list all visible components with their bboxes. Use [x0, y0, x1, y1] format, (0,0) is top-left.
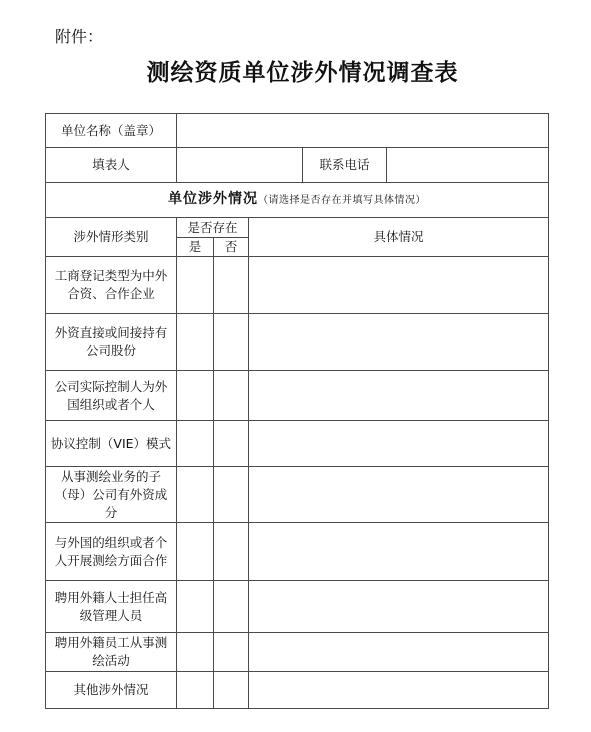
yes-cell[interactable]: [177, 421, 214, 467]
section-header-row: 单位涉外情况（请选择是否存在并填写具体情况）: [46, 183, 549, 218]
table-row: 外资直接或间接持有公司股份: [46, 314, 549, 371]
no-cell[interactable]: [214, 467, 249, 523]
category-line: 从事测绘业务的子: [61, 469, 161, 484]
yes-cell[interactable]: [177, 581, 214, 633]
attachment-label: 附件：: [55, 24, 103, 47]
filler-label: 填表人: [46, 148, 177, 183]
category-line: 其他涉外情况: [73, 682, 148, 697]
category-cell: 外资直接或间接持有公司股份: [46, 314, 177, 371]
table-row: 聘用外籍人士担任高级管理人员: [46, 581, 549, 633]
category-line: 人开展测绘方面合作: [55, 553, 168, 568]
no-cell[interactable]: [214, 371, 249, 421]
category-cell: 协议控制（VIE）模式: [46, 421, 177, 467]
unit-name-label: 单位名称（盖章）: [46, 114, 177, 148]
section-header: 单位涉外情况（请选择是否存在并填写具体情况）: [46, 183, 549, 218]
unit-name-row: 单位名称（盖章）: [46, 114, 549, 148]
no-cell[interactable]: [214, 581, 249, 633]
details-cell[interactable]: [249, 467, 549, 523]
category-line: 工商登记类型为中外: [55, 268, 168, 283]
phone-field[interactable]: [387, 148, 549, 183]
column-header-no: 否: [214, 238, 249, 257]
yes-cell[interactable]: [177, 672, 214, 709]
category-line: 聘用外籍员工从事测: [55, 635, 168, 650]
document-title: 测绘资质单位涉外情况调查表: [0, 54, 591, 87]
filler-field[interactable]: [177, 148, 303, 183]
table-row: 协议控制（VIE）模式: [46, 421, 549, 467]
yes-cell[interactable]: [177, 371, 214, 421]
yes-cell[interactable]: [177, 467, 214, 523]
table-row: 其他涉外情况: [46, 672, 549, 709]
category-cell: 聘用外籍人士担任高级管理人员: [46, 581, 177, 633]
category-cell: 工商登记类型为中外合资、合作企业: [46, 257, 177, 314]
column-header-yes: 是: [177, 238, 214, 257]
column-header-details: 具体情况: [249, 218, 549, 257]
category-line: 与外国的组织或者个: [55, 535, 168, 550]
details-cell[interactable]: [249, 523, 549, 581]
category-cell: 聘用外籍员工从事测绘活动: [46, 633, 177, 672]
yes-cell[interactable]: [177, 314, 214, 371]
category-line: 绘活动: [92, 653, 130, 668]
survey-table: 单位名称（盖章） 填表人 联系电话 单位涉外情况（请选择是否存在并填写具体情况）…: [45, 113, 549, 709]
unit-name-field[interactable]: [177, 114, 549, 148]
category-cell: 从事测绘业务的子（母）公司有外资成分: [46, 467, 177, 523]
category-line: （母）公司有外资成分: [55, 487, 168, 520]
no-cell[interactable]: [214, 314, 249, 371]
details-cell[interactable]: [249, 672, 549, 709]
category-line: 国组织或者个人: [67, 397, 155, 412]
category-cell: 公司实际控制人为外国组织或者个人: [46, 371, 177, 421]
table-row: 从事测绘业务的子（母）公司有外资成分: [46, 467, 549, 523]
details-cell[interactable]: [249, 371, 549, 421]
section-title: 单位涉外情况: [168, 191, 258, 207]
column-header-row-1: 涉外情形类别 是否存在 具体情况: [46, 218, 549, 238]
phone-label: 联系电话: [303, 148, 387, 183]
category-line: 聘用外籍人士担任高: [55, 590, 168, 605]
no-cell[interactable]: [214, 257, 249, 314]
yes-cell[interactable]: [177, 523, 214, 581]
category-line: 级管理人员: [80, 608, 143, 623]
details-cell[interactable]: [249, 581, 549, 633]
table-row: 公司实际控制人为外国组织或者个人: [46, 371, 549, 421]
column-header-category: 涉外情形类别: [46, 218, 177, 257]
category-line: 公司股份: [86, 343, 136, 358]
table-row: 与外国的组织或者个人开展测绘方面合作: [46, 523, 549, 581]
no-cell[interactable]: [214, 421, 249, 467]
column-header-exists: 是否存在: [177, 218, 249, 238]
no-cell[interactable]: [214, 672, 249, 709]
category-cell: 其他涉外情况: [46, 672, 177, 709]
category-line: 外资直接或间接持有: [55, 325, 168, 340]
table-row: 工商登记类型为中外合资、合作企业: [46, 257, 549, 314]
yes-cell[interactable]: [177, 257, 214, 314]
details-cell[interactable]: [249, 314, 549, 371]
section-note: （请选择是否存在并填写具体情况）: [258, 195, 426, 206]
category-line: 合资、合作企业: [67, 286, 155, 301]
category-line: 公司实际控制人为外: [55, 379, 168, 394]
yes-cell[interactable]: [177, 633, 214, 672]
filler-row: 填表人 联系电话: [46, 148, 549, 183]
details-cell[interactable]: [249, 257, 549, 314]
no-cell[interactable]: [214, 633, 249, 672]
table-row: 聘用外籍员工从事测绘活动: [46, 633, 549, 672]
category-cell: 与外国的组织或者个人开展测绘方面合作: [46, 523, 177, 581]
details-cell[interactable]: [249, 421, 549, 467]
details-cell[interactable]: [249, 633, 549, 672]
no-cell[interactable]: [214, 523, 249, 581]
category-line: 协议控制（VIE）模式: [51, 436, 171, 451]
